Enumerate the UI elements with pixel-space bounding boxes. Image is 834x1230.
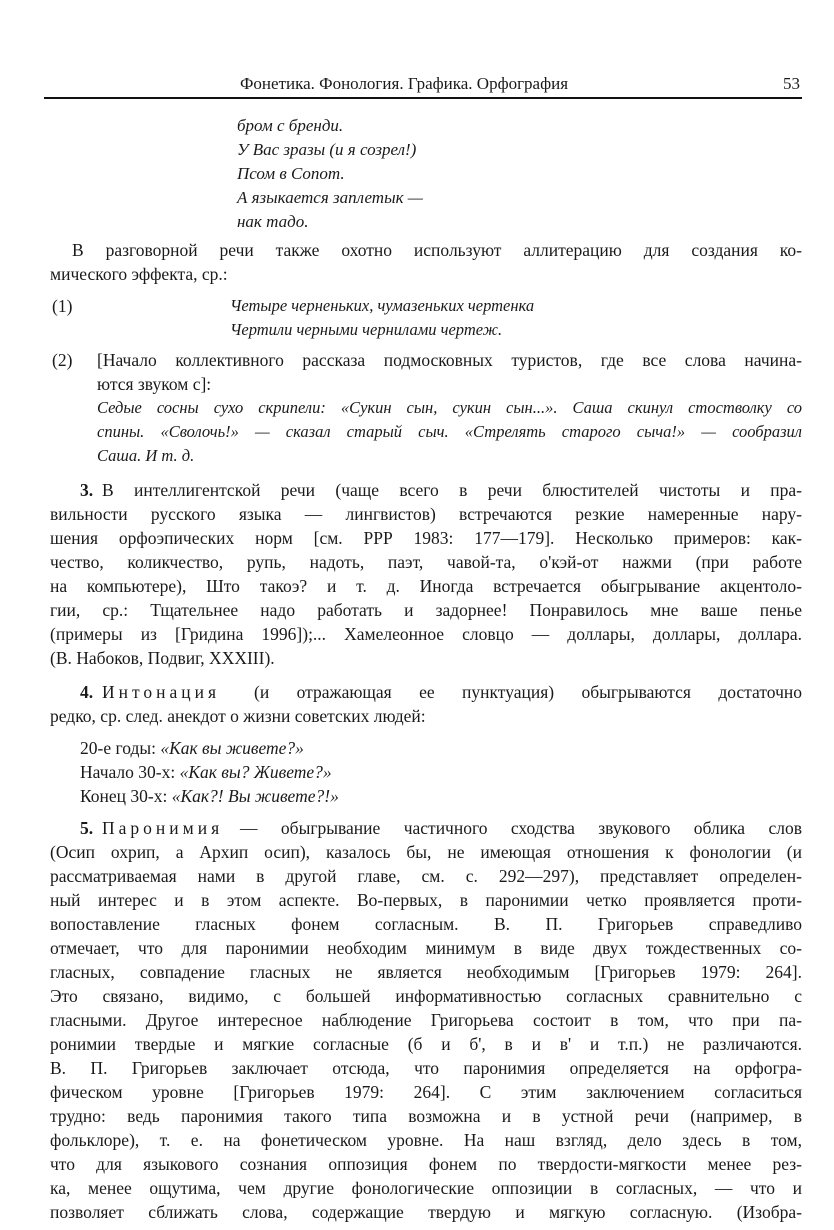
paragraph-line: (примеры из [Гридина 1996]);... Хамелеон…	[50, 622, 802, 646]
verse-line: нак тадо.	[237, 210, 308, 234]
joke-label: Начало 30-х:	[80, 762, 175, 782]
paragraph-line: ка, менее ощутима, чем другие фонологиче…	[50, 1176, 802, 1200]
paragraph-line: что для языкового сознания оппозиция фон…	[50, 1152, 802, 1176]
paragraph-line: ный интерес и в этом аспекте. Во-первых,…	[50, 888, 802, 912]
paragraph-line: рассматриваемая нами в другой главе, см.…	[50, 864, 802, 888]
joke-line: 20-е годы: «Как вы живете?»	[80, 736, 304, 760]
intro-line: В разговорной речи также охотно использу…	[50, 238, 802, 262]
paragraph-line: (и отражающая ее пунктуация) обыгрываютс…	[254, 680, 802, 704]
paragraph-line: вопоставление гласных фонем согласным. В…	[50, 912, 802, 936]
example-line: [Начало коллективного рассказа подмосков…	[97, 348, 802, 372]
example-line: ются звуком с]:	[97, 372, 211, 396]
paragraph-line: шения орфоэпических норм [см. РРР 1983: …	[50, 526, 802, 550]
joke-quote: «Как вы? Живете?»	[180, 762, 332, 782]
joke-quote: «Как?! Вы живете?!»	[172, 786, 339, 806]
section-number: 5.	[80, 816, 93, 840]
paragraph-line: фольклоре), т. е. на фонетическом уровне…	[50, 1128, 802, 1152]
joke-label: 20-е годы:	[80, 738, 156, 758]
paragraph-line: позволяет сближать слова, содержащие тве…	[50, 1200, 802, 1224]
example-line: Четыре черненьких, чумазеньких чертенка	[230, 294, 534, 318]
joke-quote: «Как вы живете?»	[160, 738, 304, 758]
paragraph-line: гии, ср.: Тщательнее надо работать и зад…	[50, 598, 802, 622]
paragraph-line: (В. Набоков, Подвиг, XXXIII).	[50, 646, 275, 670]
paragraph-line: — обыгрывание частичного сходства звуков…	[240, 816, 802, 840]
paragraph-line: гласных, совпадение гласных не является …	[50, 960, 802, 984]
verse-line: А языкается заплетык —	[237, 186, 423, 210]
example-line: Саша. И т. д.	[97, 444, 194, 468]
running-head-title: Фонетика. Фонология. Графика. Орфография	[240, 74, 568, 94]
section-number: 3.	[80, 478, 93, 502]
paragraph-line: на компьютере), Што такоэ? и т. д. Иногд…	[50, 574, 802, 598]
intro-line: мического эффекта, ср.:	[50, 262, 228, 286]
page-number: 53	[783, 74, 800, 94]
paragraph-line: редко, ср. след. анекдот о жизни советск…	[50, 704, 426, 728]
joke-label: Конец 30-х:	[80, 786, 167, 806]
example-label: (2)	[52, 348, 72, 372]
section-term: Паронимия	[102, 816, 223, 840]
joke-line: Начало 30-х: «Как вы? Живете?»	[80, 760, 332, 784]
section-number: 4.	[80, 680, 93, 704]
joke-line: Конец 30-х: «Как?! Вы живете?!»	[80, 784, 339, 808]
paragraph-line: Это связано, видимо, с большей информати…	[50, 984, 802, 1008]
paragraph-line: вильности русского языка — лингвистов) в…	[50, 502, 802, 526]
paragraph-line: отмечает, что для паронимии необходим ми…	[50, 936, 802, 960]
example-line: спины. «Сволочь!» — сказал старый сыч. «…	[97, 420, 802, 444]
example-label: (1)	[52, 294, 72, 318]
paragraph-line: фическом уровне [Григорьев 1979: 264]. С…	[50, 1080, 802, 1104]
running-head: Фонетика. Фонология. Графика. Орфография…	[50, 72, 802, 98]
example-line: Седые сосны сухо скрипели: «Сукин сын, с…	[97, 396, 802, 420]
example-line: Чертили черными чернилами чертеж.	[230, 318, 502, 342]
paragraph-line: В интеллигентской речи (чаще всего в реч…	[102, 478, 802, 502]
verse-line: бром с бренди.	[237, 114, 343, 138]
paragraph-line: гласными. Другое интересное наблюдение Г…	[50, 1008, 802, 1032]
section-term: Интонация	[102, 680, 220, 704]
paragraph-line: трудно: ведь паронимия такого типа возмо…	[50, 1104, 802, 1128]
verse-line: Псом в Сопот.	[237, 162, 345, 186]
header-rule	[44, 97, 802, 99]
paragraph-line: В. П. Григорьев заключает отсюда, что па…	[50, 1056, 802, 1080]
verse-line: У Вас зразы (и я созрел!)	[237, 138, 416, 162]
paragraph-line: (Осип охрип, а Архип осип), казалось бы,…	[50, 840, 802, 864]
paragraph-line: чество, коликчество, рупь, надоть, паэт,…	[50, 550, 802, 574]
paragraph-line: ронимии твердые и мягкие согласные (б и …	[50, 1032, 802, 1056]
